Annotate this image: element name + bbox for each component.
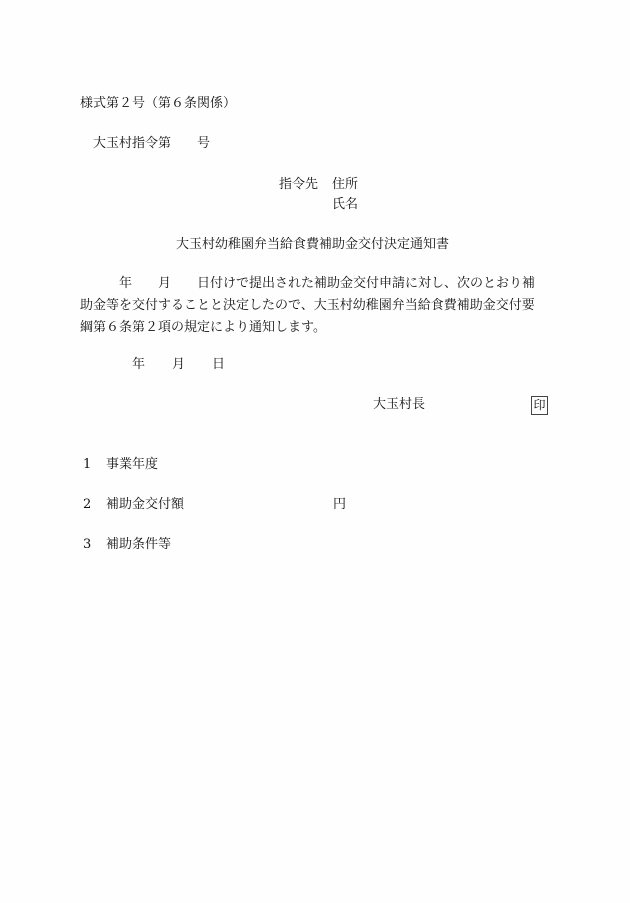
recipient-name-label: 氏名 [332,197,358,213]
item-number: 1 [83,457,91,473]
date-year: 年 [132,357,145,373]
seal-mark: 印 [531,396,548,415]
date-month: 月 [172,357,185,373]
item-label: 事業年度 [106,457,158,473]
item-label: 補助金交付額 [106,497,184,513]
body-line-3: 綱第６条第２項の規定により通知します。 [80,320,326,336]
document-title: 大玉村幼稚園弁当給食費補助金交付決定通知書 [176,237,449,253]
item-number: 3 [83,537,91,553]
form-label: 様式第２号（第６条関係） [80,96,236,112]
item-label: 補助条件等 [106,537,171,553]
body-line-2: 助金等を交付することと決定したので、大玉村幼稚園弁当給食費補助金交付要 [80,298,535,314]
directive-number: 大玉村指令第 号 [93,136,210,152]
item-number: 2 [83,497,91,513]
item-value-yen: 円 [333,497,346,513]
issuer: 大玉村長 [373,397,425,413]
date-day: 日 [212,357,225,373]
recipient-label: 指令先 [279,177,318,193]
recipient-address-label: 住所 [332,177,358,193]
body-line-1: 年 月 日付けで提出された補助金交付申請に対し、次のとおり補 [80,276,535,292]
